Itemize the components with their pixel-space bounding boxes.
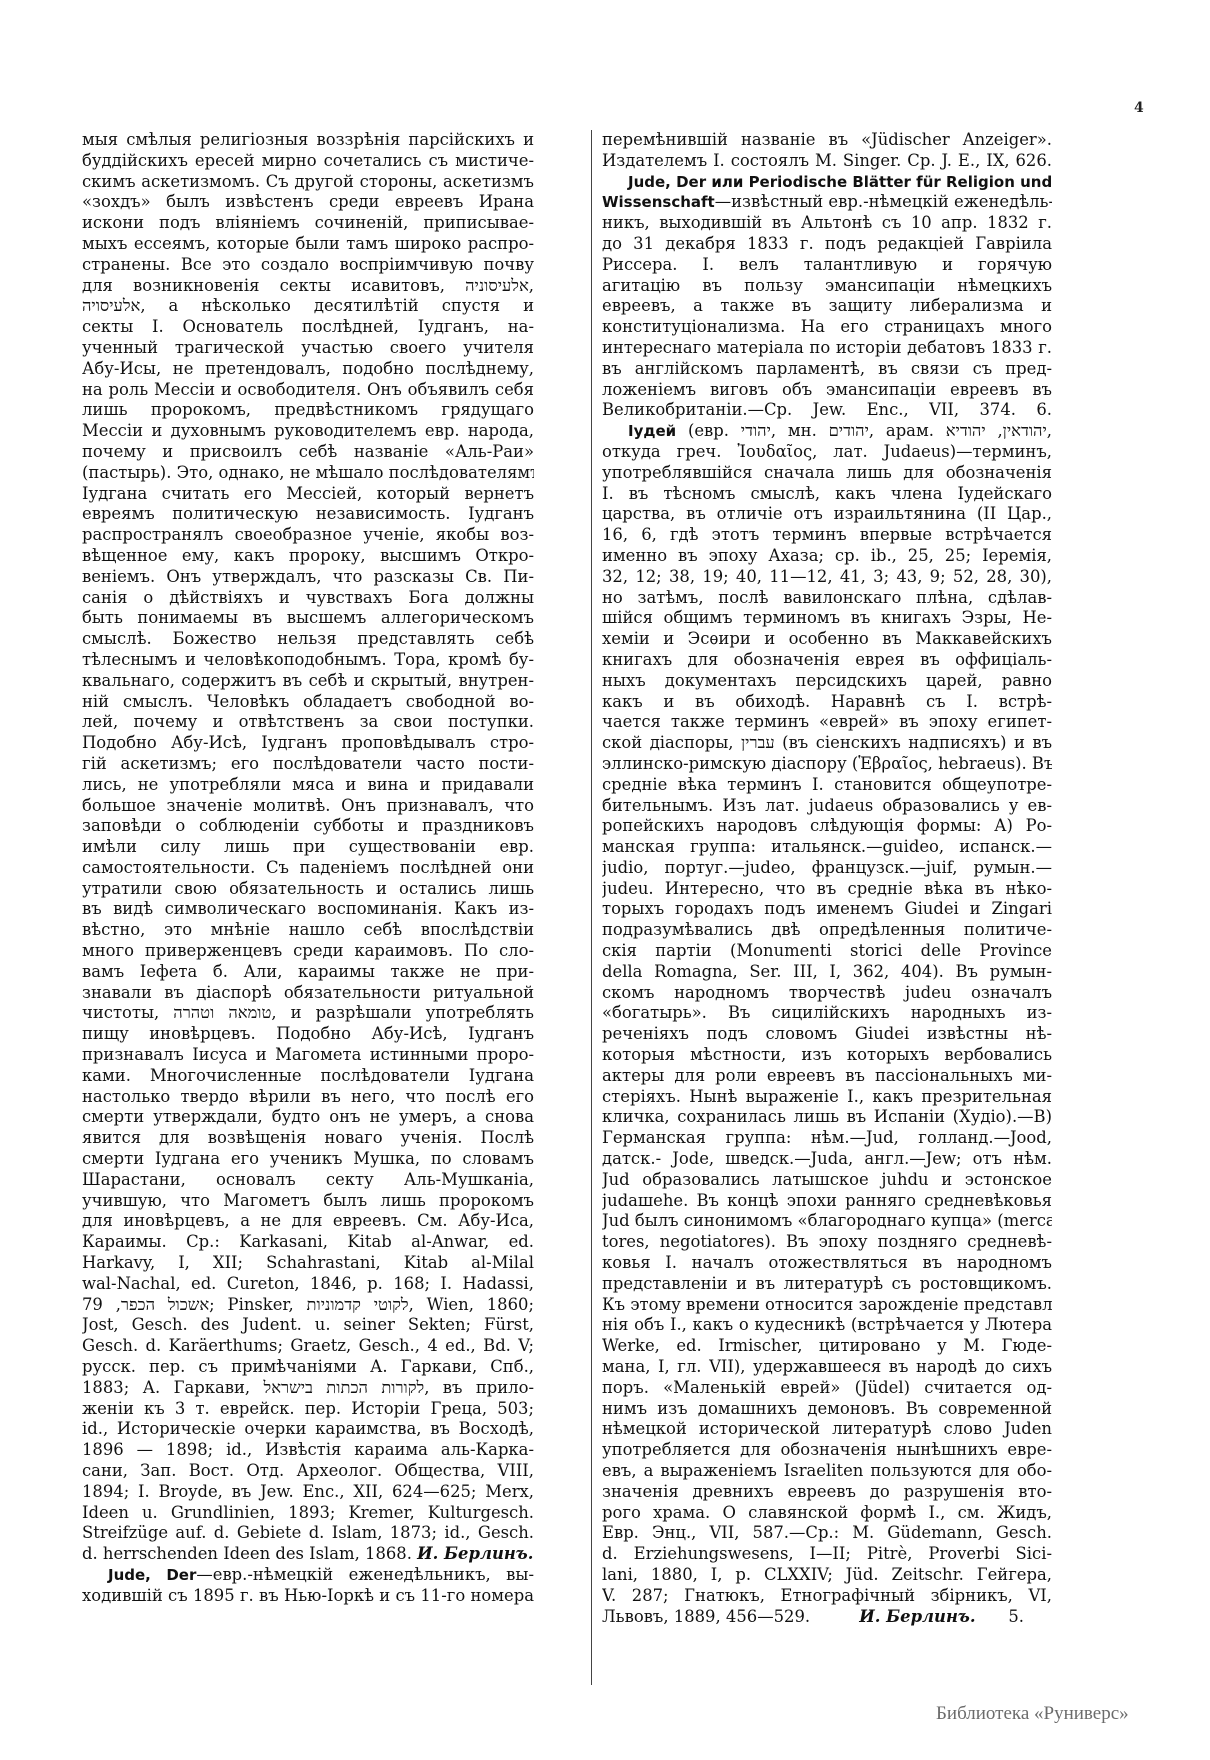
entry-heading-jude-der-periodische: Jude, Der или Periodische Blätter für Re… (628, 173, 1052, 191)
text-line: смерти Іудгана его ученикъ Мушка, по сло… (82, 1149, 534, 1170)
text-line: интереснаго матеріала по исторіи дебатов… (602, 338, 1052, 359)
text-line: Германская группа: нѣм.—Jud, голланд.—Jo… (602, 1128, 1052, 1149)
left-column: мыя смѣлыя религіозныя воззрѣнія парсійс… (82, 130, 534, 1607)
text-line: Шарастани, основалъ секту Аль-Мушканіа, (82, 1170, 534, 1191)
text-line: пищу иновѣрцевъ. Подобно Абу-Исѣ, Іудган… (82, 1024, 534, 1045)
text-line: Werke, ed. Irmischer, цитировано у М. Гю… (602, 1336, 1052, 1357)
text-line: средніе вѣка терминъ І. становится общеу… (602, 775, 1052, 796)
text-line: поръ. «Маленькій еврей» (Jüdel) считаетс… (602, 1378, 1052, 1399)
page-mark: 4 (1134, 100, 1144, 116)
text-fragment: d. herrschenden Ideen des Islam, 1868. (82, 1544, 417, 1563)
text-line: Издателемъ І. состоялъ M. Singer. Ср. J.… (602, 151, 1052, 172)
text-line: именно въ эпоху Ахаза; ср. ib., 25, 25; … (602, 546, 1052, 567)
column-divider (591, 130, 592, 1685)
text-line: ходившій съ 1895 г. въ Нью-Іоркѣ и съ 11… (82, 1586, 534, 1607)
text-line: торыхъ городахъ подъ именемъ Giudei и Zi… (602, 899, 1052, 920)
text-line: буддійскихъ ересей мирно сочетались съ м… (82, 151, 534, 172)
text-line: judio, португ.—judeo, французск.—juif, р… (602, 858, 1052, 879)
text-line: знавали въ діаспорѣ обязательности ритуа… (82, 983, 534, 1004)
text-line: на роль Мессіи и освободителя. Онъ объяв… (82, 380, 534, 401)
text-line: датск.- Jode, шведск.—Juda, англ.—Jew; о… (602, 1149, 1052, 1170)
text-line: но затѣмъ, послѣ вавилонскаго плѣна, сдѣ… (602, 588, 1052, 609)
text-line: никъ, выходившій въ Альтонѣ съ 10 апр. 1… (602, 213, 1052, 234)
section-number: 5. (976, 1607, 1024, 1626)
text-line: откуда греч. Ἰουδαῖος, лат. Judaeus)—тер… (602, 442, 1052, 463)
text-line: манская группа: итальянск.—guideo, испан… (602, 837, 1052, 858)
text-line: (пастырь). Это, однако, не мѣшало послѣд… (82, 463, 534, 484)
text-line: Караимы. Ср.: Karkasani, Kitab al-Anwar,… (82, 1232, 534, 1253)
text-fragment: —извѣстный евр.-нѣмецкій еженедѣль- (715, 192, 1052, 211)
text-line: 1883; А. Гаркави, לקורות הכתות בישראל, в… (82, 1378, 534, 1399)
entry-heading-continuation: Wissenschaft (602, 193, 715, 211)
text-line: Мессіи и духовнымъ руководителемъ евр. н… (82, 421, 534, 442)
text-line: книгахъ для обозначенія еврея въ оффиціа… (602, 650, 1052, 671)
text-line: употребляется для обозначенія нынѣшнихъ … (602, 1440, 1052, 1461)
text-line: подразумѣвались двѣ опредѣленныя политич… (602, 920, 1052, 941)
text-line: ропейскихъ народовъ слѣдующія формы: А) … (602, 816, 1052, 837)
text-line: tores, negotiatores). Въ эпоху поздняго … (602, 1232, 1052, 1253)
text-line: почему и присвоилъ себѣ названіе «Аль-Ра… (82, 442, 534, 463)
text-line: русск. пер. съ примѣчаніями А. Гаркави, … (82, 1357, 534, 1378)
text-line: І. въ тѣсномъ смыслѣ, какъ члена Іудейск… (602, 484, 1052, 505)
text-line: мана, I, гл. VII), удержавшееся въ народ… (602, 1357, 1052, 1378)
author-signature: И. Берлинъ. (859, 1607, 975, 1626)
text-line: стеріяхъ. Нынѣ выраженіе І., какъ презри… (602, 1087, 1052, 1108)
text-line: имѣли силу лишь при существованіи евр. (82, 837, 534, 858)
text-line: ныхъ документахъ персидскихъ царей, равн… (602, 671, 1052, 692)
text-line: скомъ народномъ творчествѣ judeu означал… (602, 983, 1052, 1004)
text-line: распространялъ своеобразное ученіе, якоб… (82, 525, 534, 546)
text-line: хеміи и Эсѳири и особенно въ Маккавейски… (602, 629, 1052, 650)
text-line: wal-Nachal, ed. Cureton, 1846, p. 168; I… (82, 1274, 534, 1295)
text-line: которыя мѣстности, изъ которыхъ вербовал… (602, 1045, 1052, 1066)
text-line: лись, не употребляли мяса и вина и прида… (82, 775, 534, 796)
text-line: ній смыслъ. Человѣкъ обладаетъ свободной… (82, 692, 534, 713)
text-line: Іудей (евр. יהודי, мн. יהודים, арам. יהו… (602, 421, 1052, 442)
text-line: евъ, а выраженіемъ Israeliten пользуются… (602, 1461, 1052, 1482)
text-line: странены. Все это создало воспріимчивую … (82, 255, 534, 276)
text-line: Jud былъ синонимомъ «благороднаго купца»… (602, 1211, 1052, 1232)
right-column: перемѣнившій названіе въ «Jüdischer Anze… (602, 130, 1052, 1627)
text-line: Риссера. І. велъ талантливую и горячую (602, 255, 1052, 276)
text-line: смерти утверждали, будто онъ не умеръ, а… (82, 1107, 534, 1128)
text-line: d. Erziehungswesens, I—II; Pitrè, Prover… (602, 1544, 1052, 1565)
text-line: Подобно Абу-Исѣ, Іудганъ проповѣдывалъ с… (82, 733, 534, 754)
text-line: значенія древнихъ евреевъ до разрушенія … (602, 1482, 1052, 1503)
text-line: учившую, что Магометъ былъ лишь пророком… (82, 1191, 534, 1212)
text-line: перемѣнившій названіе въ «Jüdischer Anze… (602, 130, 1052, 151)
text-line: вѣщенное ему, какъ пророку, высшимъ Откр… (82, 546, 534, 567)
text-line: гій аскетизмъ; его послѣдователи часто п… (82, 754, 534, 775)
text-line: актеры для роли евреевъ въ пассіональных… (602, 1066, 1052, 1087)
text-line: скія партіи (Monumenti storici delle Pro… (602, 941, 1052, 962)
text-line: Іудгана считать его Мессіей, который вер… (82, 484, 534, 505)
text-line: шійся общимъ терминомъ въ книгахъ Эзры, … (602, 608, 1052, 629)
text-line: ложеніемъ виговъ объ эмансипаціи евреевъ… (602, 380, 1052, 401)
text-line: אלעיסויה, а нѣсколько десятилѣтій спустя… (82, 296, 534, 317)
text-line: 1896 — 1898; id., Извѣстія караима аль-К… (82, 1440, 534, 1461)
text-line: Евр. Энц., VII, 587.—Ср.: M. Güdemann, G… (602, 1523, 1052, 1544)
text-line: אשכול הכפר, 79; Pinsker, לקוטי קדמוניות,… (82, 1295, 534, 1316)
text-line: чается также терминъ «еврей» въ эпоху ег… (602, 712, 1052, 733)
text-line: Къ этому времени относится зарожденіе пр… (602, 1295, 1052, 1316)
text-line: евреямъ политическую независимость. Іудг… (82, 504, 534, 525)
text-line: для возникновенія секты исавитовъ, אלעיס… (82, 276, 534, 297)
section-number: 4. (533, 1544, 534, 1563)
text-line: Львовъ, 1889, 456—529. И. Берлинъ. 5. (602, 1607, 1052, 1628)
text-line: нимъ изъ домашнихъ демоновъ. Въ современ… (602, 1399, 1052, 1420)
text-line: представленіи и въ литературѣ съ ростовщ… (602, 1274, 1052, 1295)
text-line: царства, въ отличіе отъ израильтянина (I… (602, 504, 1052, 525)
text-line: для иновѣрцевъ, а не для евреевъ. См. Аб… (82, 1211, 534, 1232)
text-line: употреблявшійся сначала лишь для обознач… (602, 463, 1052, 484)
text-line: агитацію въ пользу эмансипаціи нѣмецкихъ (602, 276, 1052, 297)
text-line: ковья І. началъ отожествляться въ народн… (602, 1253, 1052, 1274)
text-line: лишь пророкомъ, предвѣстникомъ грядущаго (82, 400, 534, 421)
text-line: d. herrschenden Ideen des Islam, 1868. И… (82, 1544, 534, 1565)
text-line: della Romagna, Ser. III, I, 362, 404). В… (602, 962, 1052, 983)
text-line: эллинско-римскую діаспору (Ἑβραῖος, hebr… (602, 754, 1052, 775)
text-line: лей, почему и отвѣтственъ за свои поступ… (82, 712, 534, 733)
text-line: тѣлеснымъ и человѣкоподобнымъ. Тора, кро… (82, 650, 534, 671)
text-line: ской діаспоры, עברין (въ сіенскихъ надпи… (602, 733, 1052, 754)
text-line: мыя смѣлыя религіозныя воззрѣнія парсійс… (82, 130, 534, 151)
text-line: въ видѣ символическаго воспоминанія. Как… (82, 899, 534, 920)
text-line: смыслѣ. Божество нельзя представлять себ… (82, 629, 534, 650)
text-line: Wissenschaft—извѣстный евр.-нѣмецкій еже… (602, 192, 1052, 213)
text-line: какъ и въ обиходѣ. Наравнѣ съ І. встрѣ- (602, 692, 1052, 713)
text-line: искони подъ вліяніемъ сочиненій, приписы… (82, 213, 534, 234)
text-line: мыхъ ессеямъ, которые были тамъ широко р… (82, 234, 534, 255)
text-line: Jost, Gesch. des Judent. u. seiner Sekte… (82, 1315, 534, 1336)
text-line: утратили свою обязательность и остались … (82, 879, 534, 900)
text-line: Jude, Der или Periodische Blätter für Re… (602, 172, 1052, 193)
text-line: быть понимаемы въ высшемъ аллегорическом… (82, 608, 534, 629)
entry-heading-jude-der: Jude, Der (108, 1566, 196, 1584)
text-line: скимъ аскетизмомъ. Съ другой стороны, ас… (82, 172, 534, 193)
text-line: кличка, сохранилась лишь въ Испаніи (Худ… (602, 1107, 1052, 1128)
text-line: самостоятельности. Съ паденіемъ послѣдне… (82, 858, 534, 879)
text-line: явится для возвѣщенія новаго ученія. Пос… (82, 1128, 534, 1149)
text-line: признавалъ Іисуса и Магомета истинными п… (82, 1045, 534, 1066)
text-line: Gesch. d. Karäerthums; Graetz, Gesch., 4… (82, 1336, 534, 1357)
text-line: веніемъ. Онъ утверждалъ, что разсказы Св… (82, 567, 534, 588)
text-fragment: —евр.-нѣмецкій еженедѣльникъ, вы- (196, 1565, 534, 1584)
text-line: Jud образовались латышское juhdu и эстон… (602, 1170, 1052, 1191)
text-line: Ideen u. Grundlinien, 1893; Kremer, Kult… (82, 1503, 534, 1524)
text-line: конституціонализма. На его страницахъ мн… (602, 317, 1052, 338)
author-signature: И. Берлинъ. (417, 1544, 533, 1563)
text-line: секты І. Основатель послѣдней, Іудганъ, … (82, 317, 534, 338)
text-line: judeu. Интересно, что въ средніе вѣка въ… (602, 879, 1052, 900)
text-line: id., Историческіе очерки караимства, въ … (82, 1419, 534, 1440)
text-line: «зохдъ» былъ извѣстенъ среди евреевъ Ира… (82, 192, 534, 213)
text-line: евреевъ, а также въ защиту либерализма и (602, 296, 1052, 317)
text-line: въ англійскомъ парламентѣ, въ связи съ п… (602, 359, 1052, 380)
library-watermark: Библиотека «Руниверс» (936, 1703, 1129, 1725)
text-line: бительнымъ. Изъ лат. judaeus образовалис… (602, 796, 1052, 817)
text-line: чистоты, טומאה וטהרה, и разрѣшали употре… (82, 1003, 534, 1024)
text-line: Абу-Исы, не претендовалъ, подобно послѣд… (82, 359, 534, 380)
text-line: нія объ І., какъ о кудесникѣ (встрѣчаетс… (602, 1315, 1052, 1336)
text-line: нѣмецкой исторической литературѣ слово J… (602, 1419, 1052, 1440)
text-line: санія о дѣйствіяхъ и чувствахъ Бога долж… (82, 588, 534, 609)
text-line: сани, Зап. Вост. Отд. Археолог. Общества… (82, 1461, 534, 1482)
text-line: Streifzüge auf. d. Gebiete d. Islam, 187… (82, 1523, 534, 1544)
text-line: 32, 12; 38, 19; 40, 11—12, 41, 3; 43, 9;… (602, 567, 1052, 588)
text-fragment: Львовъ, 1889, 456—529. (602, 1607, 859, 1626)
text-line: ками. Многочисленные послѣдователи Іудга… (82, 1066, 534, 1087)
text-line: рого храма. О славянской формѣ І., см. Ж… (602, 1503, 1052, 1524)
text-line: квальнаго, содержитъ въ себѣ и скрытый, … (82, 671, 534, 692)
text-line: judaшehe. Въ концѣ эпохи ранняго среднев… (602, 1191, 1052, 1212)
text-line: реченіяхъ подъ словомъ Giudei извѣстны н… (602, 1024, 1052, 1045)
text-line: Harkavy, I, XII; Schahrastani, Kitab al-… (82, 1253, 534, 1274)
text-line: настолько твердо вѣрили въ него, что пос… (82, 1087, 534, 1108)
text-line: lani, 1880, I, p. CLXXIV; Jüd. Zeitschr.… (602, 1565, 1052, 1586)
text-line: 1894; I. Broyde, въ Jew. Enc., XII, 624—… (82, 1482, 534, 1503)
text-line: 16, 6, гдѣ этотъ терминъ впервые встрѣча… (602, 525, 1052, 546)
text-line: заповѣди о соблюденіи субботы и праздник… (82, 816, 534, 837)
text-line: большое значеніе молитвѣ. Онъ признавалъ… (82, 796, 534, 817)
text-line: ученный трагической участью своего учите… (82, 338, 534, 359)
text-line: женіи къ 3 т. еврейск. пер. Исторіи Грец… (82, 1399, 534, 1420)
text-line: много приверженцевъ среди караимовъ. По … (82, 941, 534, 962)
text-line: Великобританіи.—Ср. Jew. Enc., VII, 374.… (602, 400, 1052, 421)
text-line: вѣстно, это мнѣніе нашло себѣ впослѣдств… (82, 920, 534, 941)
text-line: Jude, Der—евр.-нѣмецкій еженедѣльникъ, в… (82, 1565, 534, 1586)
text-line: вамъ Іефета б. Али, караимы также не при… (82, 962, 534, 983)
text-line: V. 287; Гнатюкъ, Етнографічный збірникъ,… (602, 1586, 1052, 1607)
text-fragment: (евр. יהודי, мн. יהודים, арам. יהודאין, … (676, 421, 1052, 440)
text-line: «богатырь». Въ сицилійскихъ народныхъ из… (602, 1003, 1052, 1024)
entry-heading-iudei: Іудей (628, 422, 676, 440)
text-line: до 31 декабря 1833 г. подъ редакціей Гав… (602, 234, 1052, 255)
